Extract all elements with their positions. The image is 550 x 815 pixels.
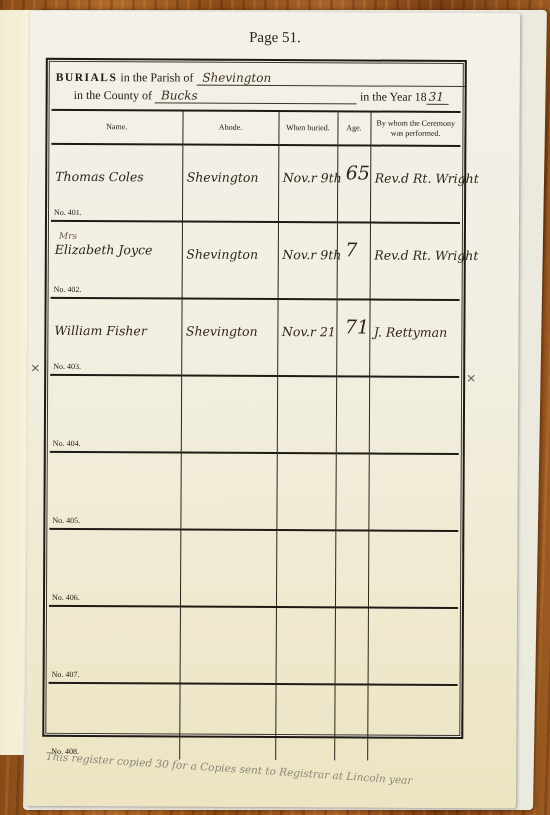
- table-row: No. 406.: [49, 529, 458, 608]
- column-header-officiant: By whom the Ceremony was performed.: [370, 113, 460, 146]
- abode-cell: Shevington: [181, 299, 277, 377]
- officiant-cell: [367, 684, 457, 760]
- burials-label: BURIALS: [56, 72, 118, 84]
- entry-name: Elizabeth Joyce: [55, 242, 153, 258]
- officiant-cell: [368, 607, 458, 684]
- left-margin-x-mark: ×: [30, 361, 40, 375]
- entry-abode: Shevington: [186, 324, 275, 339]
- name-cell: No. 405.: [49, 452, 180, 530]
- burial-register-form: BURIALS in the Parish of Shevington in t…: [42, 58, 467, 739]
- officiant-cell: [368, 531, 458, 608]
- when-buried-cell: [276, 453, 335, 530]
- table-row: No. 407.: [49, 606, 458, 685]
- table-row: No. 404.: [50, 375, 459, 454]
- abode-cell: [180, 453, 276, 531]
- age-cell: 65: [337, 145, 370, 222]
- when-buried-cell: Nov.r 9th: [278, 222, 337, 299]
- name-cell: No. 404.: [50, 375, 181, 453]
- column-header-age: Age.: [337, 112, 370, 145]
- age-cell: [335, 453, 368, 530]
- county-line: in the County of Bucks in the Year 1831: [74, 88, 449, 105]
- entry-when-buried: Nov.r 21: [282, 324, 334, 339]
- entry-name-prefix: Mrs: [59, 232, 180, 243]
- officiant-cell: [368, 454, 458, 531]
- register-header: BURIALS in the Parish of Shevington in t…: [52, 64, 461, 113]
- when-buried-cell: [277, 376, 336, 453]
- entry-age: 7: [345, 239, 367, 261]
- table-row: MrsElizabeth JoyceNo. 402. Shevington No…: [51, 221, 460, 300]
- column-header-name: Name.: [51, 111, 182, 145]
- table-row: William FisherNo. 403. Shevington Nov.r …: [50, 298, 459, 377]
- entry-number: No. 407.: [52, 670, 80, 679]
- when-buried-cell: [276, 607, 335, 684]
- when-buried-cell: [276, 530, 335, 607]
- officiant-cell: J. Rettyman: [369, 300, 459, 377]
- age-cell: [334, 684, 367, 760]
- age-cell: 7: [337, 222, 370, 299]
- entry-when-buried: Nov.r 9th: [283, 170, 335, 185]
- entry-officiant: Rev.d Rt. Wright: [375, 171, 459, 186]
- entry-officiant: Rev.d Rt. Wright: [374, 248, 458, 263]
- age-cell: [335, 607, 368, 684]
- entry-number: No. 405.: [52, 516, 80, 525]
- when-buried-cell: Nov.r 21: [277, 299, 336, 376]
- when-buried-cell: Nov.r 9th: [278, 145, 337, 222]
- abode-cell: [180, 530, 276, 608]
- column-header-when-buried: When buried.: [278, 112, 337, 145]
- officiant-cell: Rev.d Rt. Wright: [370, 223, 460, 300]
- column-headers: Name. Abode. When buried. Age. By whom t…: [51, 111, 460, 146]
- entry-number: No. 404.: [53, 439, 81, 448]
- entry-officiant: J. Rettyman: [374, 325, 458, 340]
- burials-table: Name. Abode. When buried. Age. By whom t…: [48, 111, 460, 761]
- age-cell: 71: [336, 299, 369, 376]
- entry-age: 71: [345, 316, 367, 338]
- entry-number: No. 401.: [54, 208, 82, 217]
- officiant-cell: Rev.d Rt. Wright: [370, 146, 460, 223]
- name-cell: MrsElizabeth JoyceNo. 402.: [51, 221, 182, 299]
- age-cell: [335, 530, 368, 607]
- parish-field: Shevington: [196, 71, 466, 87]
- county-prefix: in the County of: [74, 88, 152, 102]
- name-cell: William FisherNo. 403.: [50, 298, 181, 376]
- year-prefix: in the Year 18: [360, 89, 427, 103]
- abode-cell: [179, 684, 275, 761]
- page-title: Page 51.: [30, 29, 520, 49]
- entry-number: No. 402.: [54, 285, 82, 294]
- age-cell: [336, 376, 369, 453]
- table-row: Thomas ColesNo. 401. Shevington Nov.r 9t…: [51, 144, 460, 223]
- table-row: No. 408.: [48, 683, 457, 761]
- entry-abode: Shevington: [187, 170, 276, 185]
- name-cell: No. 407.: [49, 606, 180, 684]
- entry-number: No. 403.: [53, 362, 81, 371]
- entry-age: 65: [346, 162, 368, 184]
- entry-number: No. 406.: [52, 593, 80, 602]
- entry-abode: Shevington: [186, 247, 275, 262]
- abode-cell: [180, 607, 276, 685]
- entry-when-buried: Nov.r 9th: [282, 247, 334, 262]
- table-row: No. 405.: [49, 452, 458, 531]
- entry-name: William Fisher: [54, 323, 146, 338]
- officiant-cell: [369, 377, 459, 454]
- right-margin-x-mark: ×: [466, 371, 476, 385]
- parish-prefix: in the Parish of: [120, 70, 193, 84]
- abode-cell: Shevington: [182, 222, 278, 300]
- abode-cell: [181, 376, 277, 454]
- column-header-abode: Abode.: [182, 112, 278, 146]
- county-field: Bucks: [155, 88, 357, 104]
- name-cell: No. 408.: [48, 683, 179, 760]
- year-field: 31: [427, 90, 449, 105]
- register-page: Page 51. BURIALS in the Parish of Shevin…: [26, 11, 520, 809]
- name-cell: Thomas ColesNo. 401.: [51, 144, 182, 222]
- when-buried-cell: [275, 684, 334, 760]
- entry-name: Thomas Coles: [55, 169, 144, 184]
- name-cell: No. 406.: [49, 529, 180, 607]
- abode-cell: Shevington: [182, 145, 278, 223]
- parish-line: BURIALS in the Parish of Shevington: [56, 70, 467, 87]
